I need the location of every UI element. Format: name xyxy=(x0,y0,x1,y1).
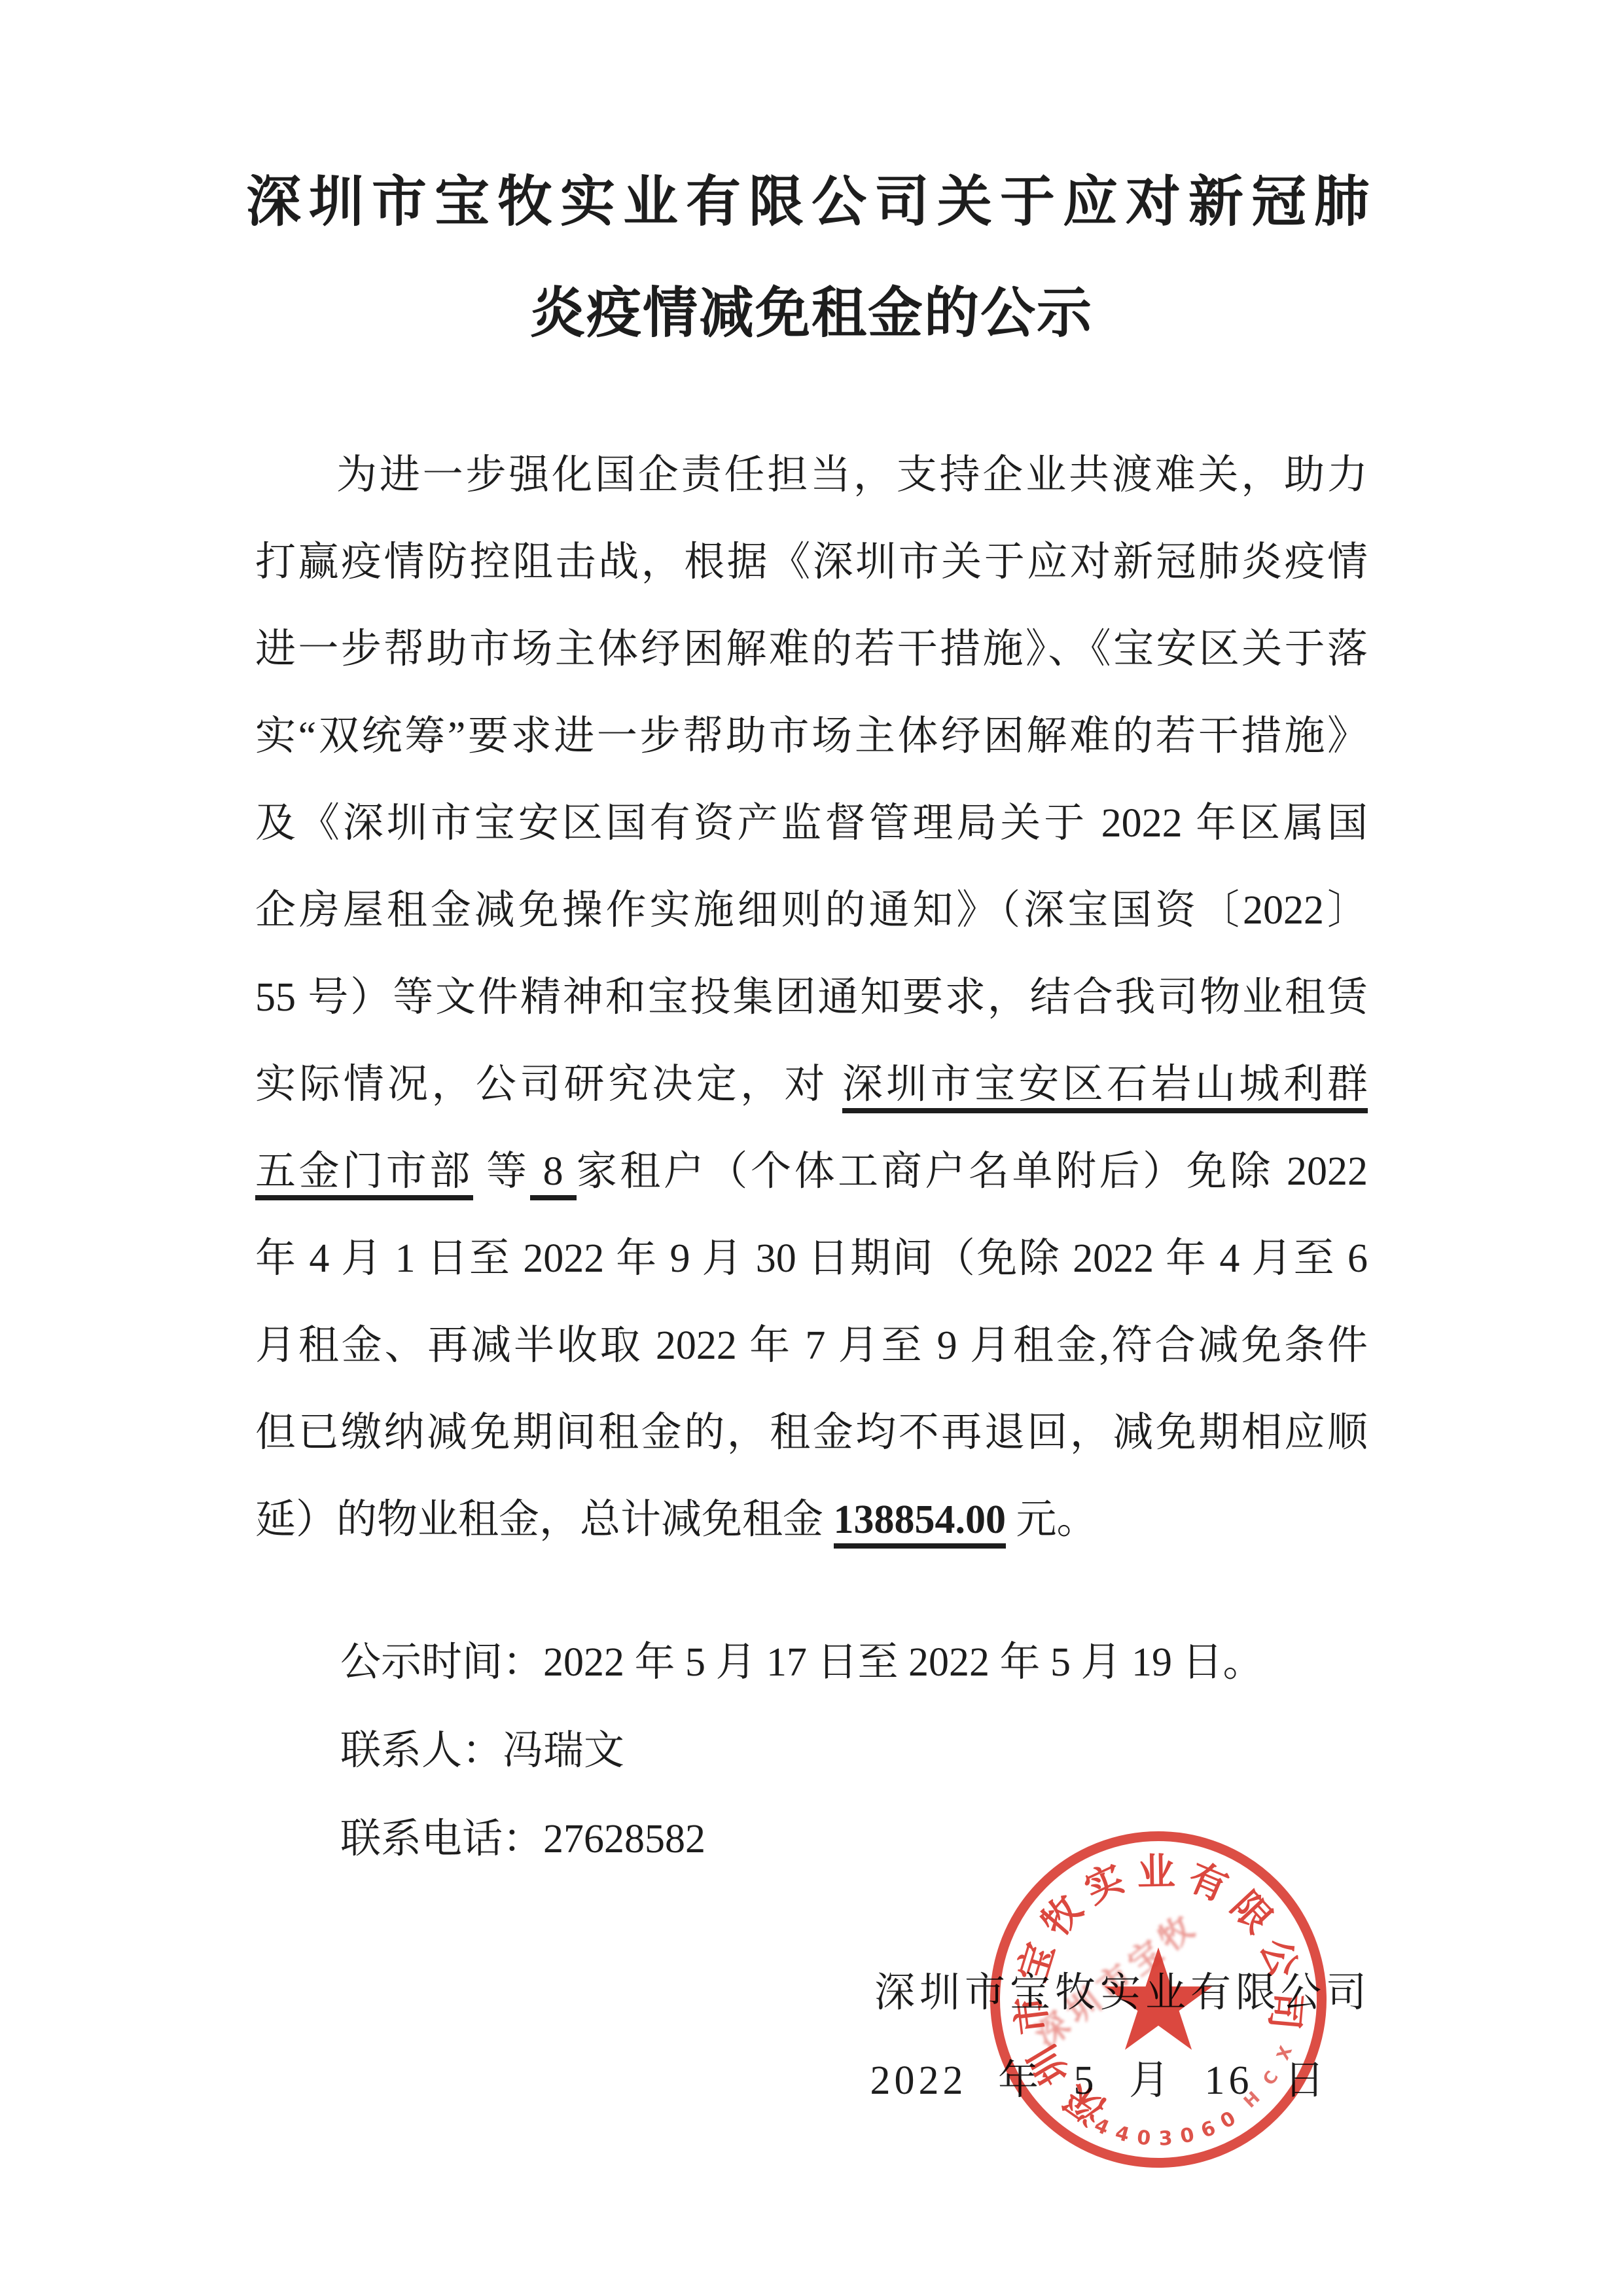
text-run: 等 xyxy=(473,1149,530,1194)
text-run: 企房屋租金减免操作实施细则的通知》（深宝国资〔2022〕 xyxy=(255,888,1368,933)
body-line: 企房屋租金减免操作实施细则的通知》（深宝国资〔2022〕 xyxy=(255,867,1368,954)
document-title: 深圳市宝牧实业有限公司关于应对新冠肺 炎疫情减免租金的公示 xyxy=(0,147,1623,370)
text-run: 实“双统筹”要求进一步帮助市场主体纾困解难的若干措施》 xyxy=(255,714,1368,759)
signature-company-name: 深圳市宝牧实业有限公司 xyxy=(874,1969,1371,2017)
text-run: 家租户（个体工商户名单附后）免除 2022 xyxy=(577,1149,1368,1194)
body-line: 及《深圳市宝安区国有资产监督管理局关于 2022 年区属国 xyxy=(255,780,1368,867)
title-line-1: 深圳市宝牧实业有限公司关于应对新冠肺 xyxy=(0,147,1623,259)
seal-ring-char: 牧 xyxy=(1026,1881,1092,1946)
text-run: 55 号）等文件精神和宝投集团通知要求，结合我司物业租赁 xyxy=(255,975,1368,1020)
body-line: 延）的物业租金，总计减免租金 138854.00 元。 xyxy=(255,1477,1368,1564)
underlined-text: 8 xyxy=(530,1149,577,1200)
text-run: 及《深圳市宝安区国有资产监督管理局关于 2022 年区属国 xyxy=(255,801,1368,846)
seal-code-char: 0 xyxy=(1217,2107,1240,2134)
text-run: 月租金、再减半收取 2022 年 7 月至 9 月租金,符合减免条件 xyxy=(255,1323,1368,1368)
body-line: 五金门市部 等 8 家租户（个体工商户名单附后）免除 2022 xyxy=(255,1128,1368,1215)
text-run: 但已缴纳减免期间租金的，租金均不再退回，减免期相应顺 xyxy=(255,1410,1368,1455)
body-line: 月租金、再减半收取 2022 年 7 月至 9 月租金,符合减免条件 xyxy=(255,1302,1368,1390)
text-run: 年 4 月 1 日至 2022 年 9 月 30 日期间（免除 2022 年 4… xyxy=(255,1236,1368,1281)
seal-code-char: 4 xyxy=(1113,2121,1132,2147)
body-line: 打赢疫情防控阻击战，根据《深圳市关于应对新冠肺炎疫情 xyxy=(255,519,1368,606)
text-run: 元。 xyxy=(1006,1498,1097,1542)
body-line: 为进一步强化国企责任担当，支持企业共渡难关，助力 xyxy=(255,432,1368,519)
underlined-text: 深圳市宝安区石岩山城利群 xyxy=(842,1062,1368,1113)
body-line: 进一步帮助市场主体纾困解难的若干措施》、《宝安区关于落 xyxy=(255,606,1368,693)
body-lines: 为进一步强化国企责任担当，支持企业共渡难关，助力打赢疫情防控阻击战，根据《深圳市… xyxy=(255,432,1368,1564)
text-run: 延）的物业租金，总计减免租金 xyxy=(255,1498,834,1542)
body-line: 实“双统筹”要求进一步帮助市场主体纾困解难的若干措施》 xyxy=(255,693,1368,780)
title-line-2: 炎疫情减免租金的公示 xyxy=(0,259,1623,370)
body-line: 但已缴纳减免期间租金的，租金均不再退回，减免期相应顺 xyxy=(255,1390,1368,1477)
contact-person-line: 联系人：冯瑞文 xyxy=(255,1707,1368,1795)
body-line: 实际情况，公司研究决定，对 深圳市宝安区石岩山城利群 xyxy=(255,1041,1368,1128)
seal-code-char: 6 xyxy=(1198,2117,1219,2143)
contact-block: 公示时间：2022 年 5 月 17 日至 2022 年 5 月 19 日。 联… xyxy=(255,1619,1368,1884)
publicity-period-line: 公示时间：2022 年 5 月 17 日至 2022 年 5 月 19 日。 xyxy=(255,1619,1368,1707)
text-run: 实际情况，公司研究决定，对 xyxy=(255,1062,842,1107)
seal-code-char: 0 xyxy=(1178,2123,1196,2149)
underlined-text: 138854.00 xyxy=(834,1498,1007,1549)
announcement-document-page: 深圳市宝牧实业有限公司关于应对新冠肺 炎疫情减免租金的公示 为进一步强化国企责任… xyxy=(0,0,1623,2296)
text-run: 为进一步强化国企责任担当，支持企业共渡难关，助力 xyxy=(336,453,1368,497)
text-run: 打赢疫情防控阻击战，根据《深圳市关于应对新冠肺炎疫情 xyxy=(255,540,1368,584)
body-line: 55 号）等文件精神和宝投集团通知要求，结合我司物业租赁 xyxy=(255,954,1368,1041)
body-line: 年 4 月 1 日至 2022 年 9 月 30 日期间（免除 2022 年 4… xyxy=(255,1215,1368,1302)
seal-ring-char: 限 xyxy=(1221,1878,1287,1943)
signature-date: 2022 年 5 月 16 日 xyxy=(870,2056,1329,2105)
seal-code-char: 0 xyxy=(1136,2126,1152,2150)
text-run: 进一步帮助市场主体纾困解难的若干措施》、《宝安区关于落 xyxy=(255,627,1368,672)
seal-code-char: 4 xyxy=(1091,2113,1113,2140)
seal-code-char: 3 xyxy=(1158,2127,1173,2151)
contact-phone-line: 联系电话：27628582 xyxy=(255,1795,1368,1884)
underlined-text: 五金门市部 xyxy=(255,1149,473,1200)
